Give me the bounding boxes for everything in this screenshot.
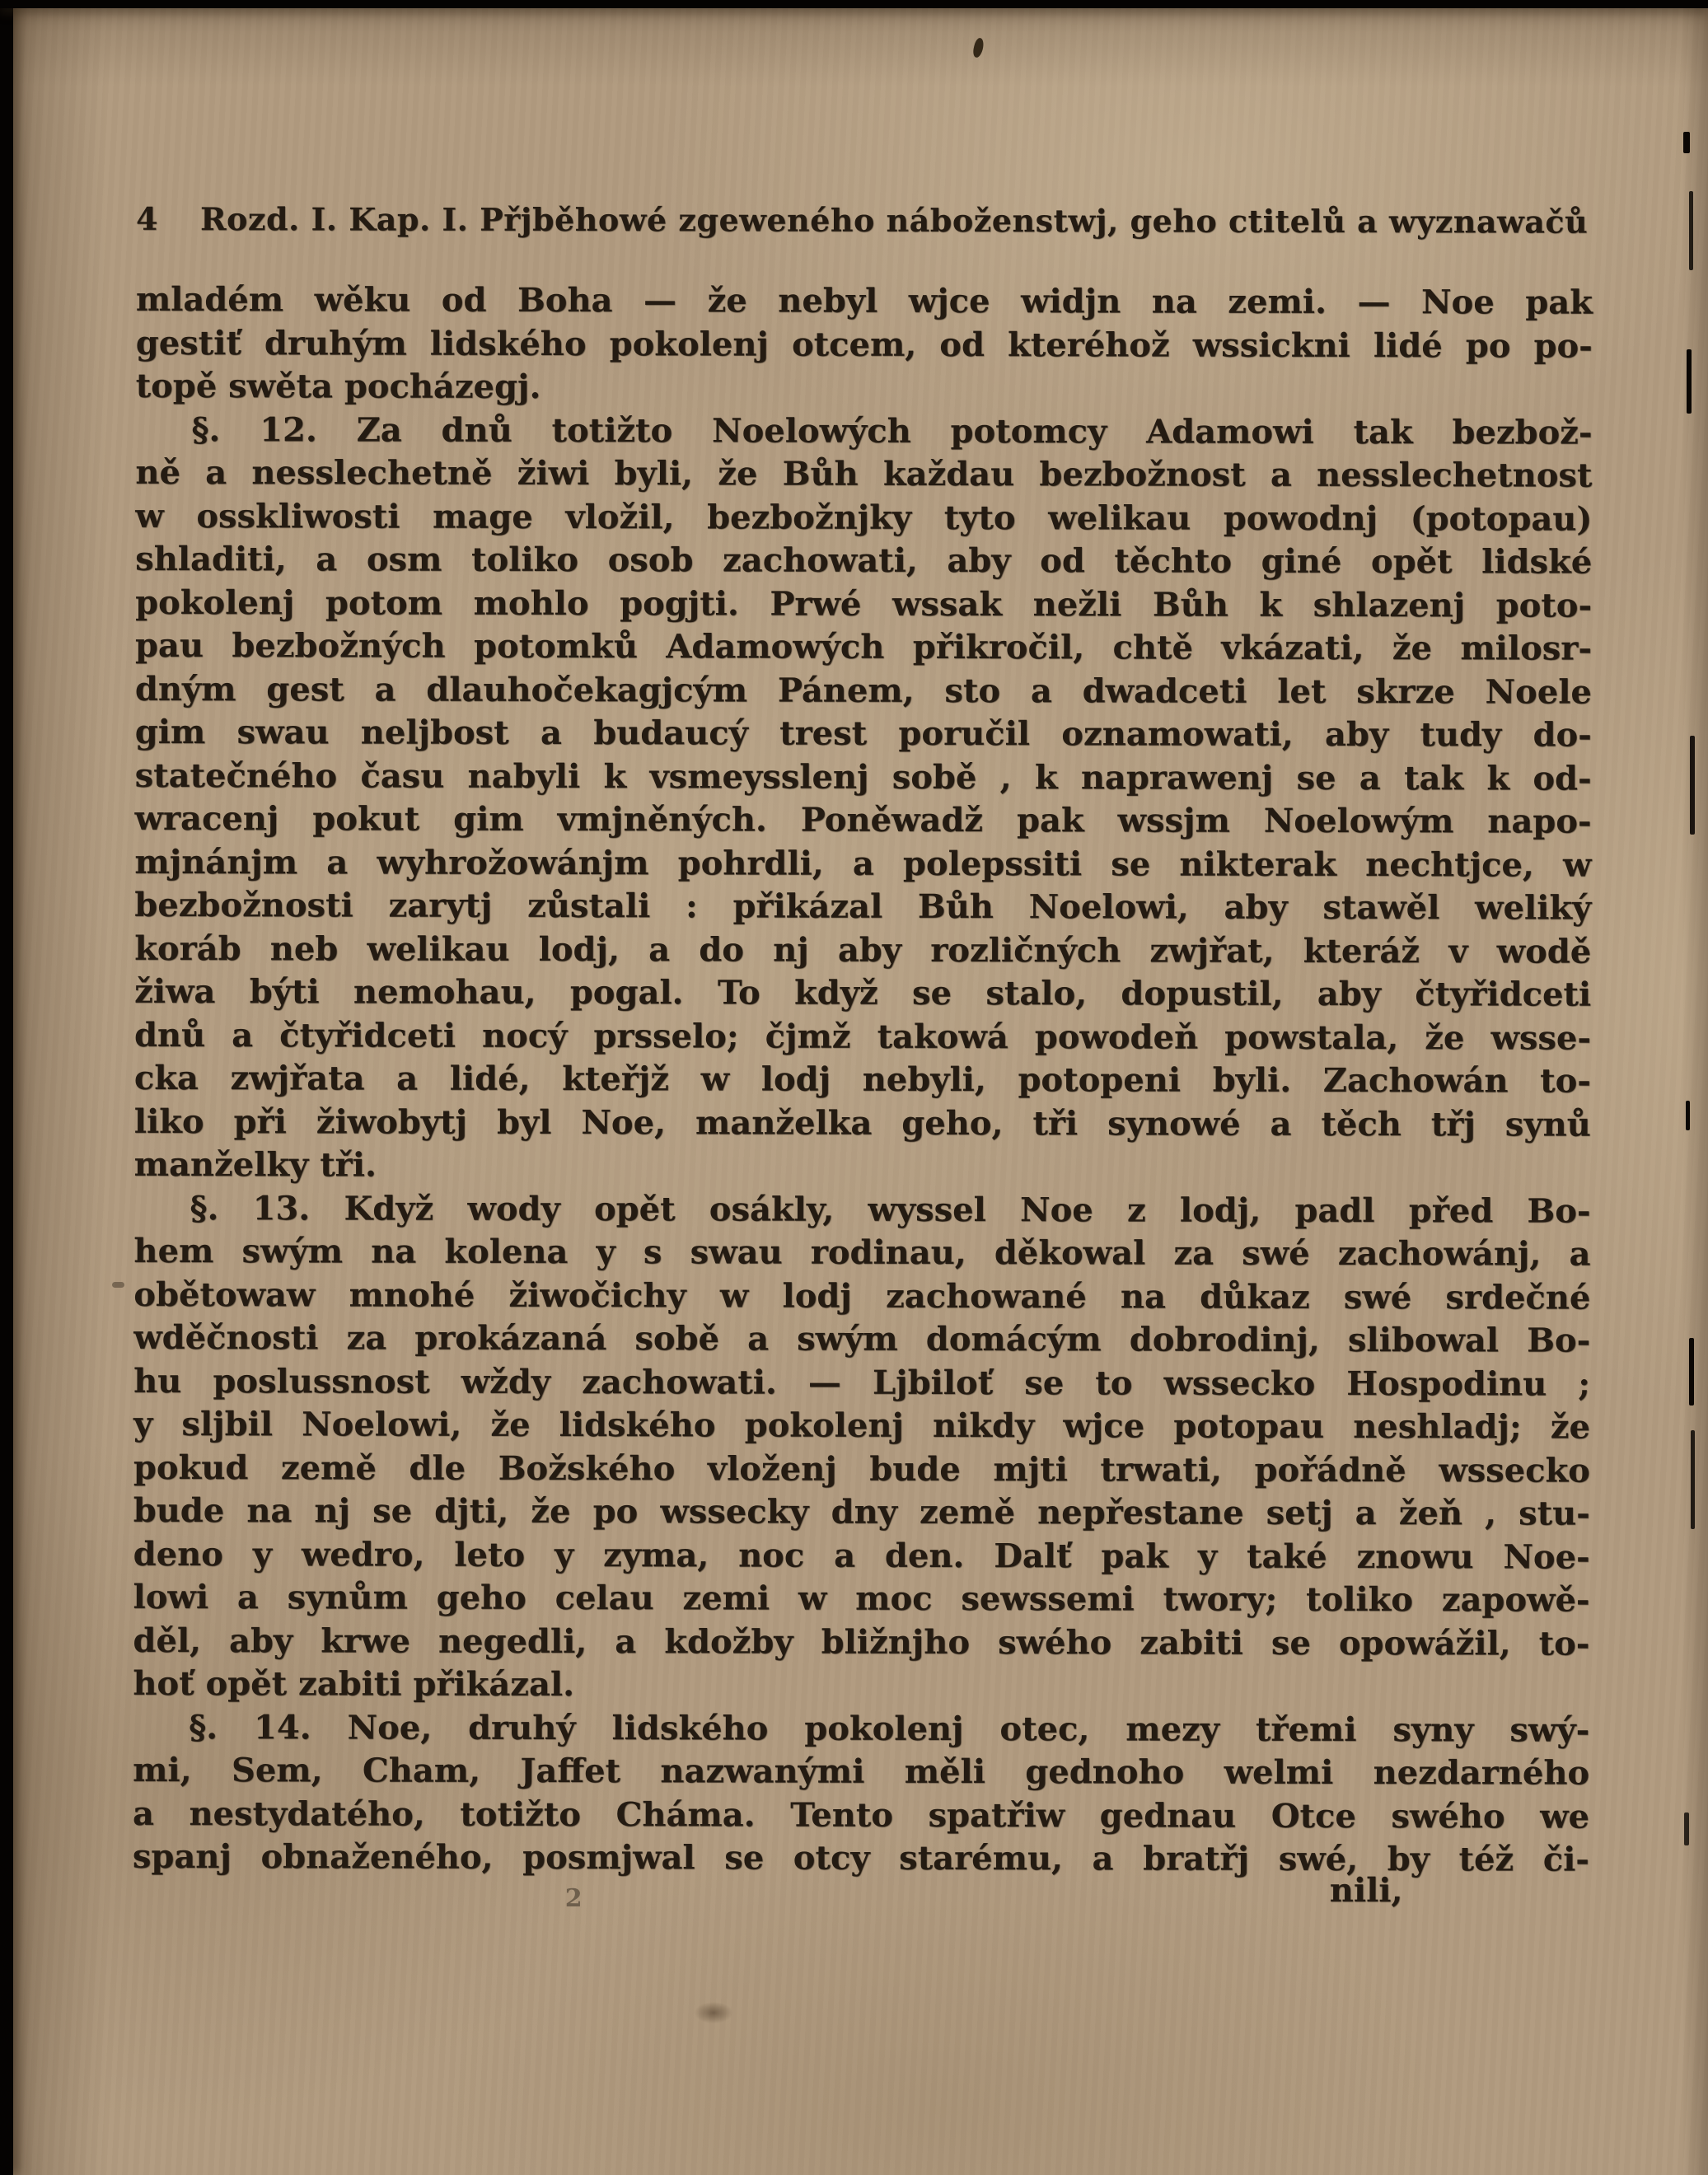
text-line: mi, Sem, Cham, Jaffet nazwanými měli ged… xyxy=(133,1749,1589,1795)
text-line: děl, aby krwe negedli, a kdožby bližnjho… xyxy=(133,1619,1589,1665)
edge-artifact xyxy=(1684,1812,1689,1845)
text-line: koráb neb welikau lodj, a do nj aby rozl… xyxy=(134,927,1591,973)
text-line: wracenj pokut gim vmjněných. Poněwadž pa… xyxy=(134,797,1591,844)
text-line: wděčnosti za prokázaná sobě a swým domác… xyxy=(133,1317,1590,1363)
text-line: y sljbil Noelowi, že lidského pokolenj n… xyxy=(133,1403,1590,1449)
text-line: a nestydatého, totižto Cháma. Tento spat… xyxy=(133,1792,1589,1838)
text-line: žiwa býti nemohau, pogal. To když se sta… xyxy=(134,971,1591,1017)
text-line: pokolenj potom mohlo pogjti. Prwé wssak … xyxy=(135,581,1592,627)
page-body-text: mladém wěku od Boha — že nebyl wjce widj… xyxy=(133,278,1593,1882)
scanned-book-page: 4 Rozd. I. Kap. I. Přjběhowé zgeweného n… xyxy=(0,0,1708,2175)
text-line: mladém wěku od Boha — že nebyl wjce widj… xyxy=(136,278,1593,325)
text-line: obětowaw mnohé žiwočichy w lodj zachowan… xyxy=(133,1273,1590,1319)
running-title: Rozd. I. Kap. I. Přjběhowé zgeweného náb… xyxy=(195,200,1593,241)
catchword: nili, xyxy=(1330,1871,1403,1910)
text-line: hu poslussnost wždy zachowati. — Ljbiloť… xyxy=(133,1359,1590,1406)
text-line: statečného času nabyli k vsmeysslenj sob… xyxy=(135,754,1592,800)
text-line: ně a nesslechetně žiwi byli, že Bůh každ… xyxy=(135,451,1592,498)
signature-mark: 2 xyxy=(565,1884,583,1913)
edge-artifact xyxy=(1686,1101,1690,1130)
edge-artifact xyxy=(1683,132,1690,153)
text-line: §. 13. Když wody opět osákly, wyssel Noe… xyxy=(134,1186,1591,1232)
text-line: w osskliwosti mage vložil, bezbožnjky ty… xyxy=(135,494,1592,540)
text-line: dným gest a dlauhočekagjcým Pánem, sto a… xyxy=(135,667,1592,713)
text-line: deno y wedro, leto y zyma, noc a den. Da… xyxy=(133,1532,1590,1579)
text-line: lowi a synům geho celau zemi w moc sewss… xyxy=(133,1576,1590,1622)
text-line: bezbožnosti zarytj zůstali : přikázal Bů… xyxy=(134,884,1591,930)
text-line: mjnánjm a wyhrožowánjm pohrdli, a poleps… xyxy=(134,840,1591,886)
text-line: topě swěta pocházegj. xyxy=(136,365,1593,411)
ink-smudge-bottom xyxy=(695,2002,732,2023)
text-line: dnů a čtyřidceti nocý prsselo; čjmž tako… xyxy=(134,1013,1591,1059)
text-line: manželky tři. xyxy=(134,1144,1591,1190)
edge-artifact xyxy=(1690,736,1695,835)
margin-dot xyxy=(112,1282,124,1288)
edge-artifact xyxy=(1689,191,1693,270)
text-line: liko při žiwobytj byl Noe, manželka geho… xyxy=(134,1100,1591,1146)
edge-artifact xyxy=(1687,349,1692,414)
text-line: gim swau neljbost a budaucý trest poruči… xyxy=(135,711,1592,757)
text-line: pokud země dle Božského vloženj bude mjt… xyxy=(133,1446,1590,1492)
text-line: hem swým na kolena y s swau rodinau, děk… xyxy=(133,1230,1590,1276)
text-line: bude na nj se djti, že po wssecky dny ze… xyxy=(133,1490,1590,1536)
text-line: pau bezbožných potomků Adamowých přikroč… xyxy=(135,624,1592,671)
text-line: §. 12. Za dnů totižto Noelowých potomcy … xyxy=(135,408,1592,454)
edge-artifact xyxy=(1689,1338,1694,1406)
page-header: 4 Rozd. I. Kap. I. Přjběhowé zgeweného n… xyxy=(136,200,1593,241)
page-number: 4 xyxy=(136,200,195,237)
text-line: §. 14. Noe, druhý lidského pokolenj otec… xyxy=(133,1705,1589,1752)
text-line: gestiť druhým lidského pokolenj otcem, o… xyxy=(136,321,1593,367)
text-line: cka zwjřata a lidé, kteřjž w lodj nebyli… xyxy=(134,1057,1591,1103)
edge-artifact xyxy=(1691,1430,1695,1529)
text-line: shladiti, a osm toliko osob zachowati, a… xyxy=(135,538,1592,584)
text-line: hoť opět zabiti přikázal. xyxy=(133,1663,1589,1709)
printed-page-content: 4 Rozd. I. Kap. I. Přjběhowé zgeweného n… xyxy=(0,0,1708,2175)
